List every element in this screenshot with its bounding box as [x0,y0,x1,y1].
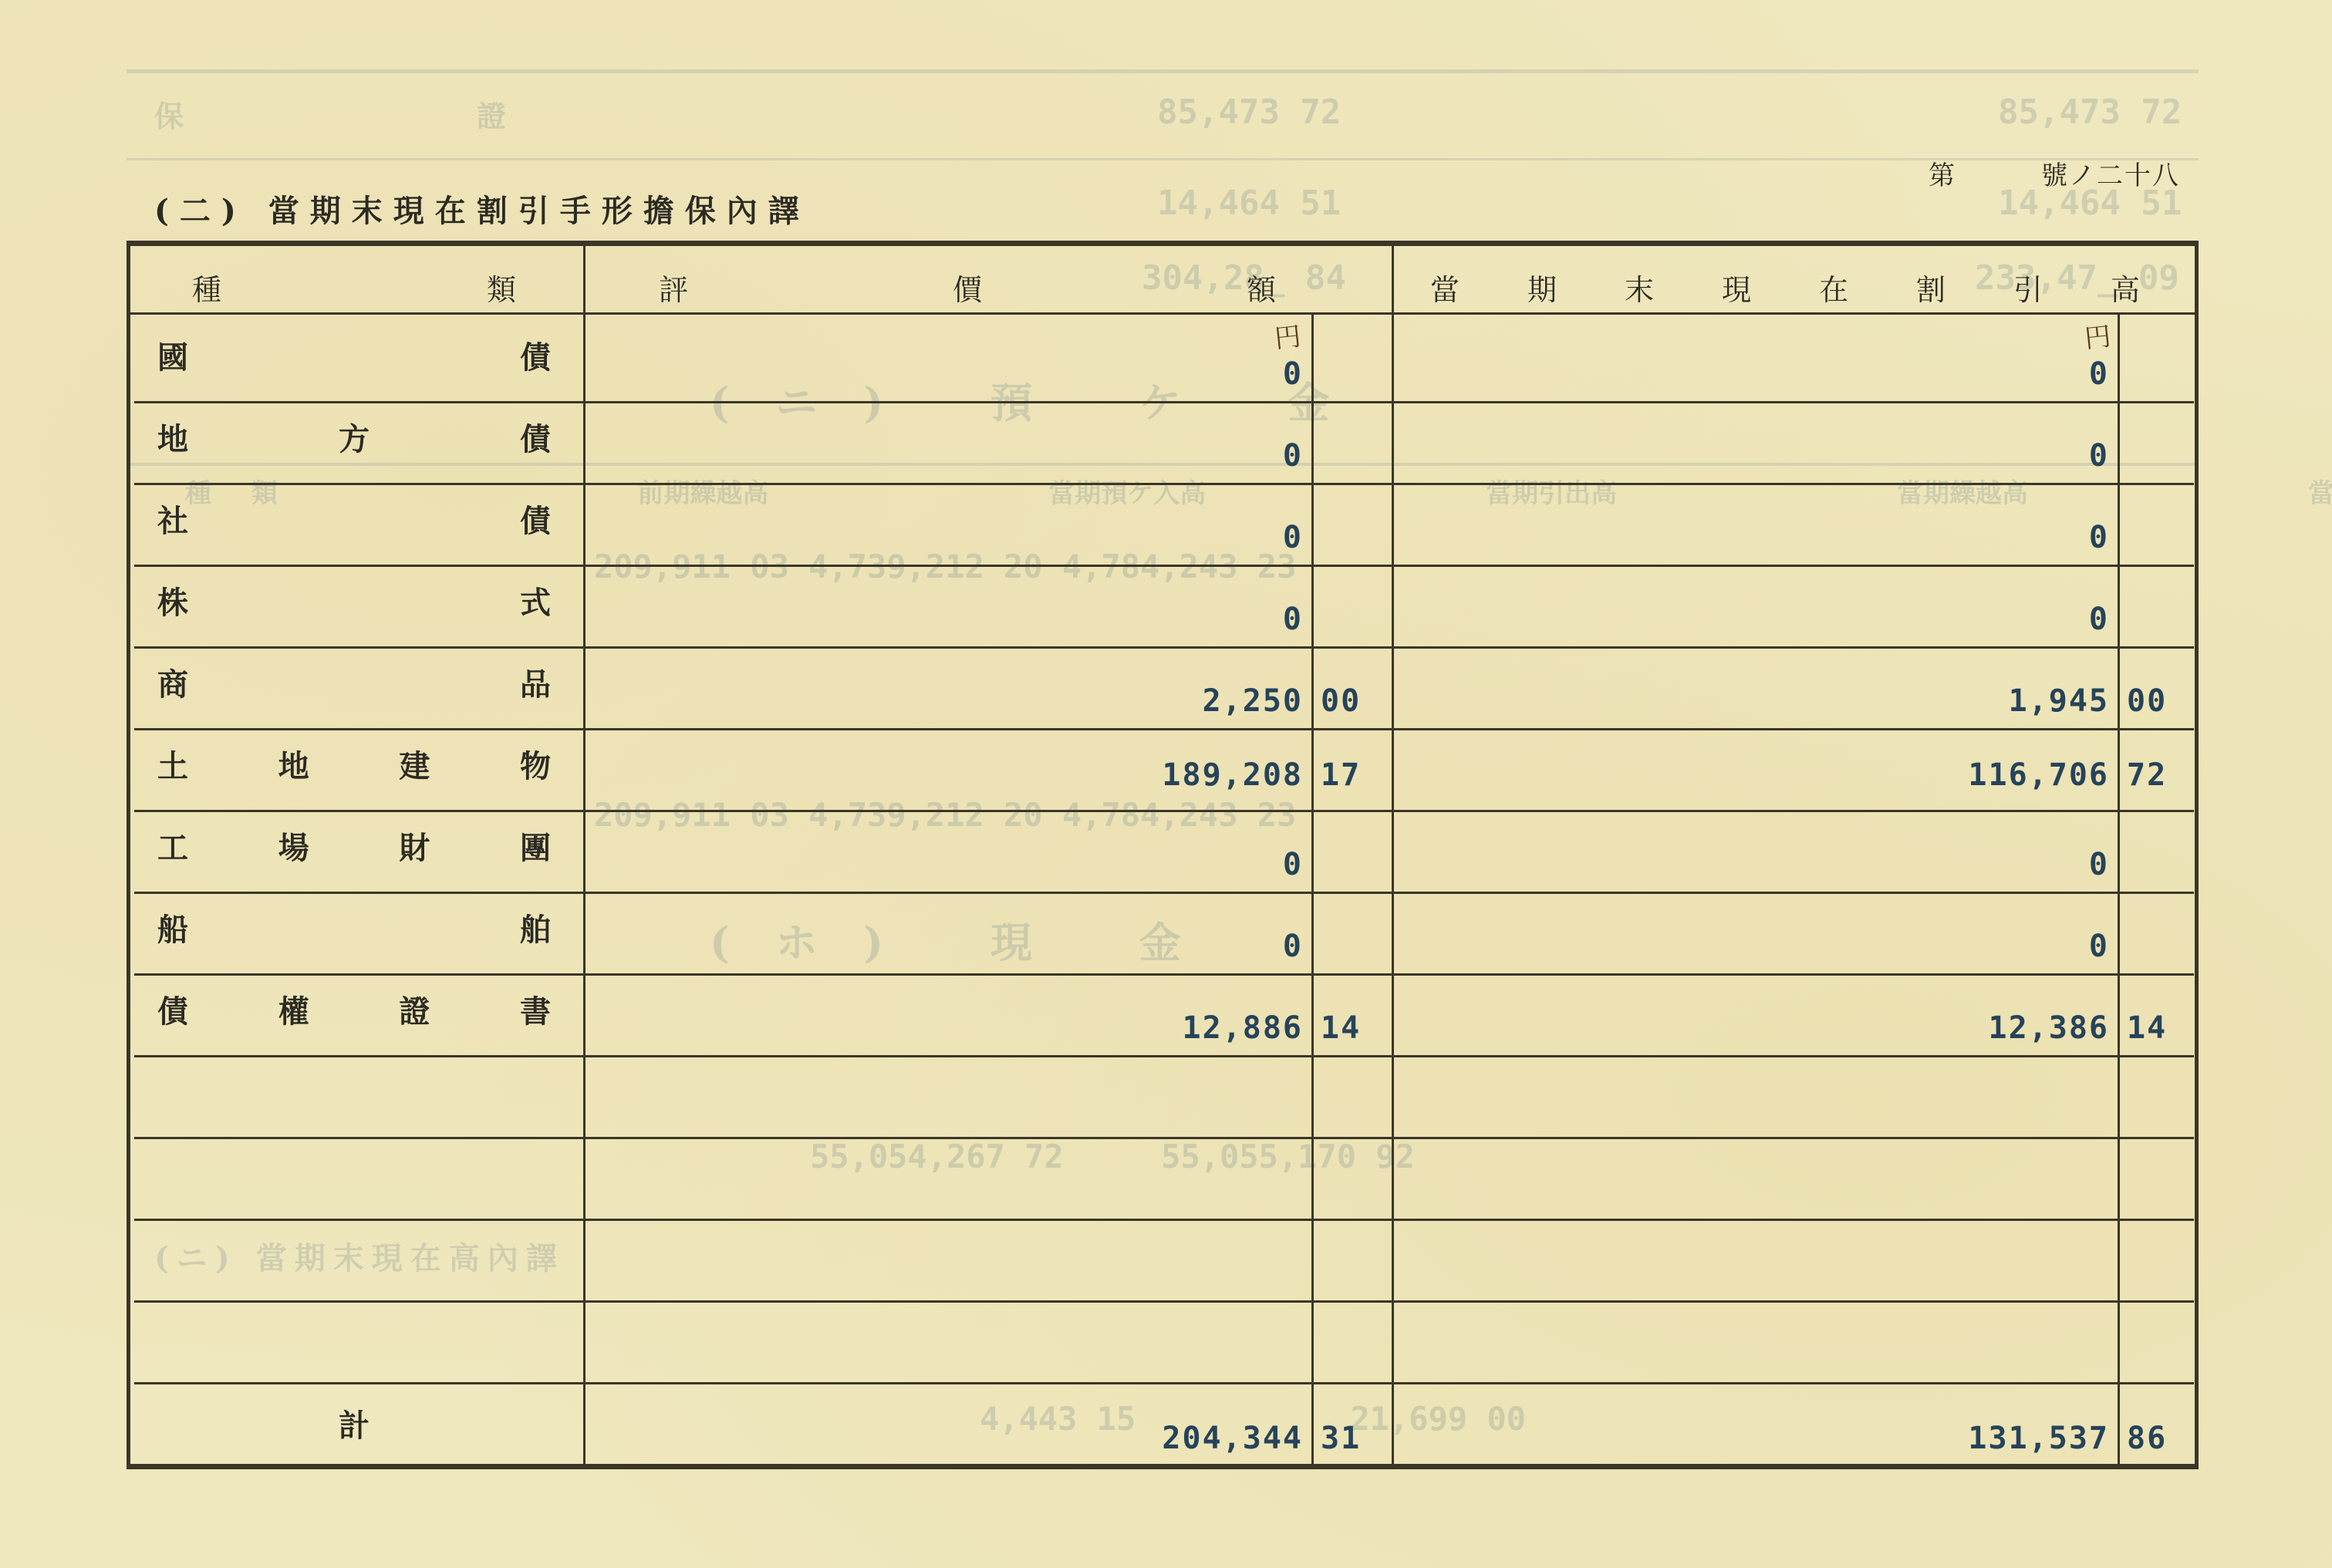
row-label-ships: 船舶 [157,905,551,949]
discount-yen: 0 [1935,356,2109,392]
header-char: 期 [1527,266,1557,309]
row-divider [134,728,2194,730]
row-divider [134,401,2194,403]
row-divider [134,1382,2194,1384]
discount-yen-total: 131,537 [1858,1421,2109,1456]
column-divider [2118,312,2120,1469]
row-divider [134,810,2194,812]
header-char: 種 [192,266,221,309]
page-number-suffix: 號ノ二十八 [2041,160,2180,191]
valuation-yen: 0 [1129,929,1303,964]
row-divider [134,565,2194,567]
header-char: 割 [1916,266,1946,309]
row-label-local-bonds: 地方債 [157,415,551,459]
row-divider [134,892,2194,894]
header-char: 價 [953,266,982,309]
bleed-value: 85,473 72 [1998,93,2182,132]
valuation-sen: 14 [1321,1010,1390,1046]
valuation-sen-total: 31 [1321,1421,1390,1456]
column-divider [1392,241,1394,1469]
column-header-category: 種 類 [192,260,516,314]
discount-sen-total: 86 [2127,1421,2196,1456]
row-label-national-bonds: 國債 [157,333,551,377]
page-number-header: 第號ノ二十八 [1929,154,2180,192]
row-divider [134,1219,2194,1221]
valuation-yen: 2,250 [1052,683,1303,719]
valuation-sen: 17 [1321,757,1390,793]
header-char: 評 [659,266,688,309]
valuation-sen: 00 [1321,683,1390,719]
header-char: 在 [1819,266,1848,309]
row-divider [134,1055,2194,1057]
discount-sen: 00 [2127,683,2196,719]
discount-yen: 0 [1935,929,2109,964]
discount-yen: 0 [1935,847,2109,882]
discount-yen: 0 [1935,438,2109,474]
row-divider [134,973,2194,976]
bleed-label: 保證 [154,93,799,135]
column-divider [583,241,586,1469]
valuation-yen: 12,886 [1052,1010,1303,1046]
discount-yen: 0 [1935,520,2109,555]
row-label-land-buildings: 土地建物 [157,742,551,786]
page-number-prefix: 第 [1929,160,1956,191]
table-border [127,241,130,1469]
valuation-yen: 0 [1129,438,1303,474]
column-header-discount: 當 期 末 現 在 割 引 高 [1430,260,2140,314]
valuation-yen: 0 [1129,356,1303,392]
row-label-total: 計 [157,1401,551,1445]
header-char: 現 [1722,266,1751,309]
valuation-yen: 0 [1129,602,1303,637]
discount-yen: 116,706 [1858,757,2109,793]
row-label-stocks: 株式 [157,578,551,622]
valuation-yen: 189,208 [1052,757,1303,793]
header-char: 末 [1625,266,1654,309]
bleed-value: 85,473 72 [1157,93,1341,132]
row-label-corporate-bonds: 社債 [157,497,551,541]
column-header-valuation: 評 價 額 [659,260,1276,314]
valuation-yen-total: 204,344 [1052,1421,1303,1456]
discount-yen: 0 [1935,602,2109,637]
table-border [127,1464,2199,1469]
row-label-factory-foundation: 工場財團 [157,824,551,868]
discount-yen: 1,945 [1858,683,2109,719]
table-border [127,241,2199,246]
discount-sen: 14 [2127,1010,2196,1046]
row-label-claim-certificates: 債權證書 [157,987,551,1031]
valuation-yen: 0 [1129,847,1303,882]
header-char: 額 [1247,266,1276,309]
header-char: 引 [2013,266,2043,309]
yen-mark: 円 [2083,315,2113,355]
discount-yen: 12,386 [1858,1010,2109,1046]
bleed-value: 14,464 51 [1157,184,1341,223]
header-char: 當 [1430,266,1460,309]
discount-collateral-table: 種 類 評 價 額 當 期 末 現 在 割 引 高 円 円 國債 地方債 社債 … [127,241,2199,1469]
row-label-merchandise: 商品 [157,660,551,704]
table-border [2195,241,2199,1469]
row-divider [134,646,2194,649]
section-title: (二) 當期末現在割引手形擔保內譯 [154,187,810,231]
row-divider [134,1137,2194,1139]
yen-mark: 円 [1273,315,1303,355]
discount-sen: 72 [2127,757,2196,793]
header-char: 類 [487,266,516,309]
valuation-yen: 0 [1129,520,1303,555]
column-divider [1311,312,1314,1469]
row-divider [134,483,2194,485]
header-char: 高 [2111,266,2140,309]
row-divider [134,1300,2194,1303]
